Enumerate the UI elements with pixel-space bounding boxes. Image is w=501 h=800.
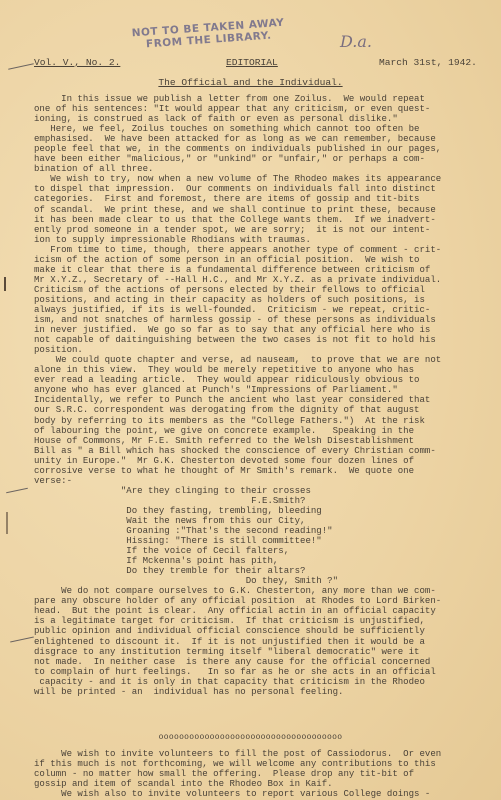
text-line: corrosive verse to what he thought of Mr…: [34, 466, 501, 476]
volume-number: Vol. V., No. 2.: [34, 57, 120, 68]
volunteers-notice: We wish to invite volunteers to fill the…: [34, 749, 501, 799]
section-heading: EDITORIAL: [226, 57, 278, 68]
handwritten-initials: D.a.: [340, 32, 372, 51]
text-line: our S.R.C. correspondent was derogating …: [34, 405, 501, 415]
pencil-mark: [10, 637, 34, 643]
pencil-mark: [8, 63, 34, 69]
text-line: We wish also to invite volunteers to rep…: [34, 789, 501, 799]
text-line: not capable of daitinguishing between th…: [34, 335, 501, 345]
library-stamp: NOT TO BE TAKEN AWAY FROM THE LIBRARY.: [131, 17, 285, 52]
margin-mark: [4, 277, 6, 291]
text-line: will be printed - an individual has no p…: [34, 687, 501, 697]
issue-date: March 31st, 1942.: [379, 57, 477, 68]
section-separator: oooooooooooooooooooooooooooooooooooo: [0, 733, 501, 742]
article-body: In this issue we publish a letter from o…: [34, 94, 501, 697]
text-line: categories. First and foremost, there ar…: [34, 194, 501, 204]
article-title: The Official and the Individual.: [0, 77, 501, 88]
pencil-mark: [6, 488, 28, 494]
typewritten-page: NOT TO BE TAKEN AWAY FROM THE LIBRARY. D…: [0, 0, 501, 800]
margin-mark: [6, 512, 8, 534]
